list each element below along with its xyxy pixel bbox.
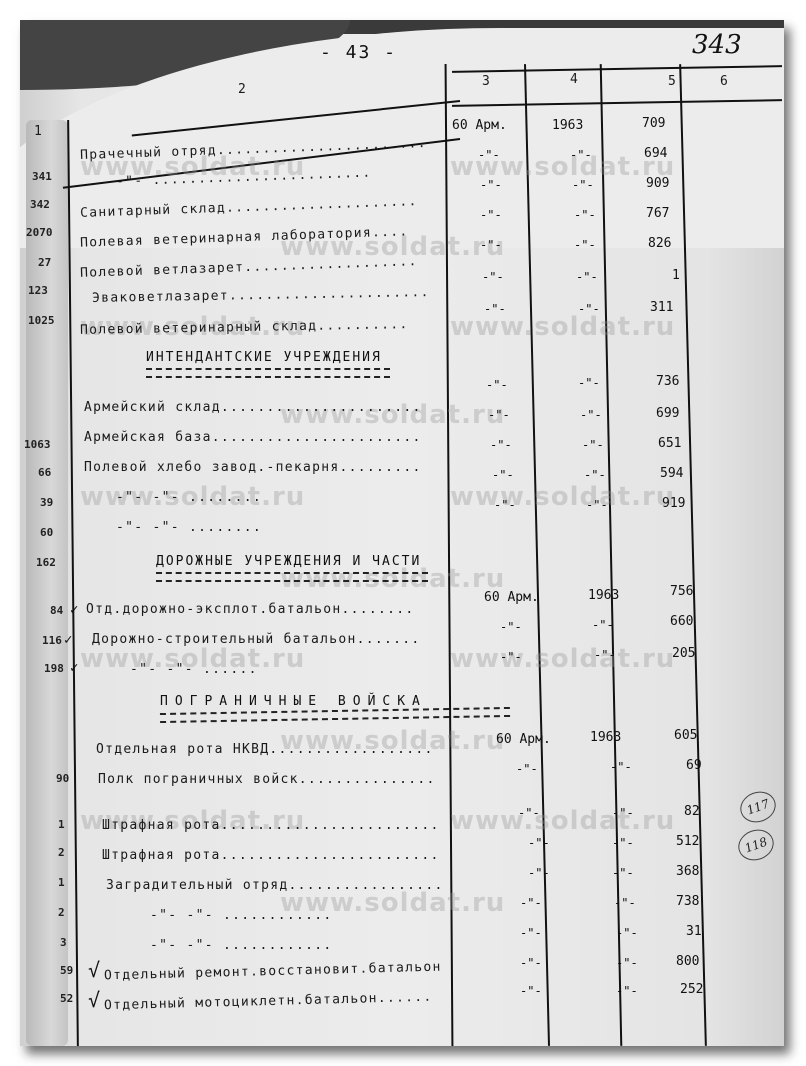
margin-number: 66 xyxy=(38,466,51,479)
row-col5: 512 xyxy=(676,834,699,849)
row-col3: 60 Арм. xyxy=(496,732,551,747)
row-unit-name: Армейская база....................... xyxy=(84,430,422,445)
row-col5: 919 xyxy=(662,496,685,511)
row-unit-name: -"- -"- ............ xyxy=(150,908,333,923)
row-unit-name: Эваковетлазарет...................... xyxy=(92,285,430,306)
checkmark-icon: ✓ xyxy=(70,660,78,676)
watermark: www.soldat.ru xyxy=(450,482,675,512)
row-unit-name: -"- -"- ............ xyxy=(150,938,333,953)
row-unit-name: Заградительный отряд................. xyxy=(106,878,444,893)
margin-number: 60 xyxy=(40,526,53,539)
row-col5: 594 xyxy=(660,466,683,481)
row-col5: 800 xyxy=(676,954,699,969)
checkmark-icon: √ xyxy=(88,988,100,1012)
row-col5: 767 xyxy=(646,206,669,221)
row-col4: -"- xyxy=(578,302,600,316)
row-col3: -"- xyxy=(490,438,512,452)
row-col3: -"- xyxy=(494,498,516,512)
row-unit-name: -"- -"- ........ xyxy=(116,490,262,505)
margin-number: 1025 xyxy=(28,314,55,327)
row-col4: -"- xyxy=(612,806,634,820)
row-unit-name: Отдельный мотоциклетн.батальон...... xyxy=(104,990,433,1014)
row-col3: 60 Арм. xyxy=(452,118,507,133)
row-col4: -"- xyxy=(612,866,634,880)
row-col4: -"- xyxy=(616,984,638,998)
row-col3: -"- xyxy=(500,650,522,664)
row-col4: 1963 xyxy=(588,588,619,603)
row-col4: 1963 xyxy=(590,730,621,745)
row-col3: -"- xyxy=(528,836,550,850)
watermark: www.soldat.ru xyxy=(450,644,675,674)
row-col5: 694 xyxy=(644,146,667,161)
row-unit-name: Отдельный ремонт.восстановит.батальон xyxy=(104,960,442,984)
row-col3: -"- xyxy=(528,866,550,880)
row-col5: 82 xyxy=(684,804,700,819)
row-col3: -"- xyxy=(482,270,504,284)
page-number: - 43 - xyxy=(320,42,397,63)
document-page: - 43 - 343 1 2 3 4 5 6 www.soldat.ru www… xyxy=(20,20,784,1046)
row-col4: -"- xyxy=(594,648,616,662)
row-col4: 1963 xyxy=(552,118,583,133)
margin-number: 84 xyxy=(50,604,63,617)
row-col3: 60 Арм. xyxy=(484,590,539,605)
section-underline xyxy=(160,707,510,723)
column-divider-1 xyxy=(67,120,79,1046)
row-col4: -"- xyxy=(572,178,594,192)
section-title: ПОГРАНИЧНЫЕ ВОЙСКА xyxy=(160,694,427,709)
row-col4: -"- xyxy=(586,498,608,512)
row-col4: -"- xyxy=(612,836,634,850)
margin-number: 198 xyxy=(44,662,64,675)
row-col3: -"- xyxy=(500,620,522,634)
row-col4: -"- xyxy=(614,896,636,910)
row-unit-name: Дорожно-строительный батальон....... xyxy=(92,632,421,647)
row-unit-name: Отд.дорожно-эксплот.батальон........ xyxy=(86,602,415,617)
margin-number: 39 xyxy=(40,496,53,509)
row-col3: -"- xyxy=(480,208,502,222)
margin-number: 2070 xyxy=(26,226,53,239)
row-col5: 31 xyxy=(686,924,702,939)
row-col3: -"- xyxy=(484,302,506,316)
row-col3: -"- xyxy=(516,762,538,776)
row-col4: -"- xyxy=(580,408,602,422)
margin-number: 1 xyxy=(58,818,65,831)
header-top-line xyxy=(132,100,460,136)
margin-number: 2 xyxy=(58,846,65,859)
row-col5: 660 xyxy=(670,614,693,629)
margin-number: 59 xyxy=(60,964,73,977)
row-col3: -"- xyxy=(480,178,502,192)
column-header-1: 1 xyxy=(34,124,42,139)
row-col5: 1 xyxy=(672,268,680,283)
row-col3: -"- xyxy=(520,926,542,940)
section-underline xyxy=(146,368,390,378)
row-col3: -"- xyxy=(520,984,542,998)
row-col4: -"- xyxy=(574,208,596,222)
row-col3: -"- xyxy=(520,896,542,910)
margin-number: 342 xyxy=(30,198,50,211)
row-unit-name: Санитарный склад..................... xyxy=(80,194,418,221)
row-col5: 909 xyxy=(646,176,669,191)
margin-number: 27 xyxy=(38,256,51,269)
row-unit-name: Штрафная рота........................ xyxy=(102,818,440,833)
column-header-3: 3 xyxy=(482,74,490,89)
row-unit-name: -"- -"- ...... xyxy=(130,662,258,677)
row-col5: 651 xyxy=(658,436,681,451)
row-col5: 368 xyxy=(676,864,699,879)
row-col5: 756 xyxy=(670,584,693,599)
row-col4: -"- xyxy=(576,270,598,284)
header-top-line-right xyxy=(452,65,782,73)
column-header-6: 6 xyxy=(720,74,728,89)
column-header-5: 5 xyxy=(668,74,676,89)
row-unit-name: Полевой хлебо завод.-пекарня......... xyxy=(84,460,422,475)
row-col3: -"- xyxy=(518,806,540,820)
row-col5: 738 xyxy=(676,894,699,909)
row-col5: 709 xyxy=(642,116,665,131)
section-title: ДОРОЖНЫЕ УЧРЕЖДЕНИЯ И ЧАСТИ xyxy=(156,554,421,569)
row-unit-name: Отдельная рота НКВД.................. xyxy=(96,742,434,757)
section-title: ИНТЕНДАНТСКИЕ УЧРЕЖДЕНИЯ xyxy=(146,350,382,365)
row-col3: -"- xyxy=(478,148,500,162)
row-col5: 826 xyxy=(648,236,671,251)
row-col4: -"- xyxy=(578,376,600,390)
checkmark-icon: ✓ xyxy=(70,602,78,618)
watermark: www.soldat.ru xyxy=(450,312,675,342)
watermark: www.soldat.ru xyxy=(450,806,675,836)
column-header-4: 4 xyxy=(570,72,578,87)
margin-number: 52 xyxy=(60,992,73,1005)
checkmark-icon: ✓ xyxy=(64,632,72,648)
archive-page-number: 343 xyxy=(692,30,742,60)
row-unit-name: -"- -"- ........ xyxy=(116,520,262,535)
row-col4: -"- xyxy=(592,618,614,632)
handwritten-note: 117 xyxy=(736,787,780,828)
row-col4: -"- xyxy=(616,956,638,970)
section-underline xyxy=(156,572,428,582)
row-col5: 699 xyxy=(656,406,679,421)
row-col4: -"- xyxy=(582,438,604,452)
margin-number: 162 xyxy=(36,556,56,569)
row-unit-name: Полевой ветлазарет................... xyxy=(80,254,418,281)
margin-number: 341 xyxy=(32,170,52,183)
row-col4: -"- xyxy=(616,926,638,940)
row-col5: 205 xyxy=(672,646,695,661)
margin-number: 116 xyxy=(42,634,62,647)
margin-number: 123 xyxy=(28,284,48,297)
header-bottom-line-right xyxy=(452,99,782,107)
row-col5: 311 xyxy=(650,300,673,315)
row-col5: 252 xyxy=(680,982,703,997)
column-header-2: 2 xyxy=(238,82,246,97)
margin-number: 1063 xyxy=(24,438,51,451)
row-unit-name: Штрафная рота........................ xyxy=(102,848,440,863)
row-col3: -"- xyxy=(492,468,514,482)
row-col3: -"- xyxy=(520,956,542,970)
margin-number: 1 xyxy=(58,876,65,889)
document-photo: - 43 - 343 1 2 3 4 5 6 www.soldat.ru www… xyxy=(20,20,784,1046)
margin-number: 90 xyxy=(56,772,69,785)
row-col3: -"- xyxy=(480,238,502,252)
row-col3: -"- xyxy=(488,408,510,422)
row-unit-name: Армейский склад...................... xyxy=(84,400,422,415)
row-col4: -"- xyxy=(584,468,606,482)
row-col5: 605 xyxy=(674,728,697,743)
row-unit-name: Полк пограничных войск............... xyxy=(98,772,436,787)
margin-number: 2 xyxy=(58,906,65,919)
row-col4: -"- xyxy=(610,760,632,774)
checkmark-icon: √ xyxy=(88,958,100,982)
row-col5: 69 xyxy=(686,758,702,773)
margin-number: 3 xyxy=(60,936,67,949)
row-col5: 736 xyxy=(656,374,679,389)
handwritten-note: 118 xyxy=(734,825,778,866)
row-col3: -"- xyxy=(486,378,508,392)
row-col4: -"- xyxy=(570,148,592,162)
row-col4: -"- xyxy=(574,238,596,252)
